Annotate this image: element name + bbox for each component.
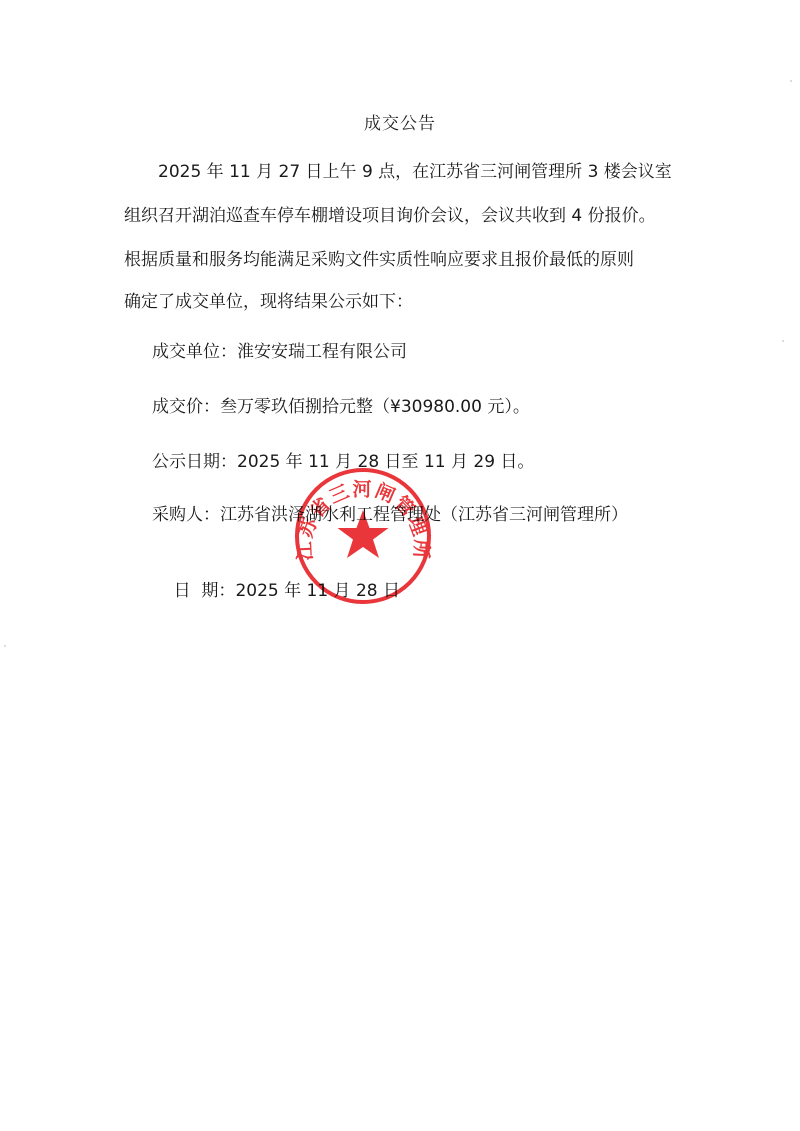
winning-price: 成交价：叁万零玖佰捌拾元整（¥30980.00 元）。 (152, 395, 530, 419)
winning-price-value: 叁万零玖佰捌拾元整（¥30980.00 元）。 (220, 397, 530, 417)
purchaser-label: 采购人： (152, 505, 220, 525)
purchaser: 采购人：江苏省洪泽湖水利工程管理处（江苏省三河闸管理所） (152, 503, 628, 527)
publicity-period-value: 2025 年 11 月 28 日至 11 月 29 日。 (237, 452, 534, 472)
winning-bidder-label: 成交单位： (152, 342, 237, 362)
intro-line-2: 组织召开湖泊巡查车停车棚增设项目询价会议，会议共收到 4 份报价。 (124, 204, 656, 228)
document-page: 成交公告 2025 年 11 月 27 日上午 9 点，在江苏省三河闸管理所 3… (0, 0, 800, 1131)
document-date-label: 日 期： (174, 581, 236, 601)
publicity-period: 公示日期：2025 年 11 月 28 日至 11 月 29 日。 (152, 450, 534, 474)
document-title: 成交公告 (0, 109, 800, 134)
scan-speck (790, 80, 792, 82)
purchaser-value: 江苏省洪泽湖水利工程管理处（江苏省三河闸管理所） (220, 505, 628, 525)
document-date: 日 期：2025 年 11 月 28 日 (152, 555, 400, 579)
scan-speck (4, 645, 6, 647)
intro-line-3: 根据质量和服务均能满足采购文件实质性响应要求且报价最低的原则 (124, 248, 634, 272)
winning-price-label: 成交价： (152, 397, 220, 417)
document-date-value: 2025 年 11 月 28 日 (235, 581, 400, 601)
intro-line-4: 确定了成交单位，现将结果公示如下： (124, 290, 413, 314)
winning-bidder: 成交单位：淮安安瑞工程有限公司 (152, 340, 407, 364)
intro-line-1: 2025 年 11 月 27 日上午 9 点，在江苏省三河闸管理所 3 楼会议室 (158, 160, 672, 184)
publicity-period-label: 公示日期： (152, 452, 237, 472)
winning-bidder-value: 淮安安瑞工程有限公司 (237, 342, 407, 362)
scan-speck (782, 340, 784, 342)
